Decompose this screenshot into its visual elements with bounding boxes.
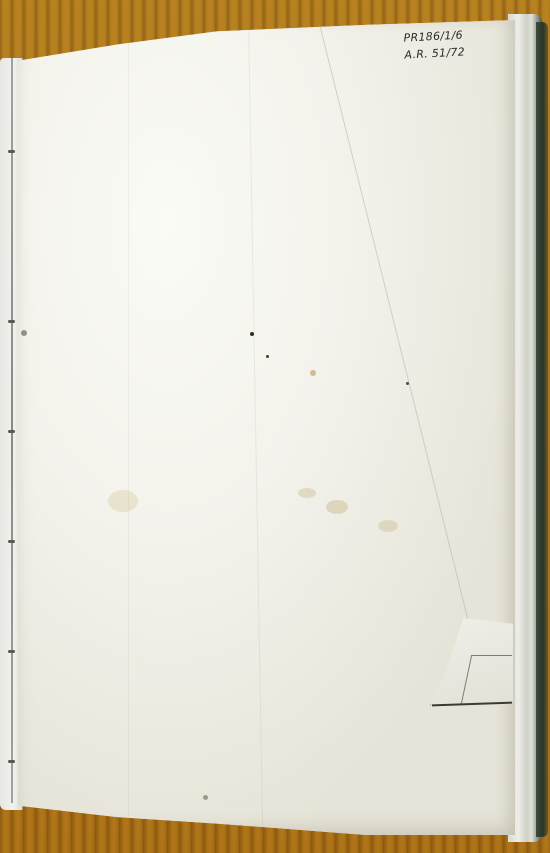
- binding-stitch: [8, 760, 15, 763]
- binding-stitch: [8, 430, 15, 433]
- page-crease: [318, 20, 469, 622]
- stain: [378, 520, 398, 532]
- accession-number: A.R. 51/72: [404, 43, 465, 63]
- stain: [326, 500, 348, 514]
- page-crease: [248, 20, 263, 835]
- foxing-spot: [406, 382, 409, 385]
- book-cover-edge: [536, 22, 548, 837]
- foxing-spot: [310, 370, 316, 376]
- foxing-spot: [203, 795, 208, 800]
- foxing-spot: [266, 355, 269, 358]
- foxing-spot: [250, 332, 254, 336]
- binding-stitch: [8, 540, 15, 543]
- binding-stitch: [8, 320, 15, 323]
- blank-flyleaf-page: [18, 20, 515, 835]
- foxing-spot: [21, 330, 27, 336]
- archive-reference-annotation: PR186/1/6 A.R. 51/72: [403, 26, 465, 63]
- stain: [108, 490, 138, 512]
- stain: [298, 488, 316, 498]
- binding-stitch: [8, 650, 15, 653]
- page-crease: [128, 20, 129, 835]
- binding-stitch: [8, 150, 15, 153]
- book: PR186/1/6 A.R. 51/72: [0, 0, 550, 853]
